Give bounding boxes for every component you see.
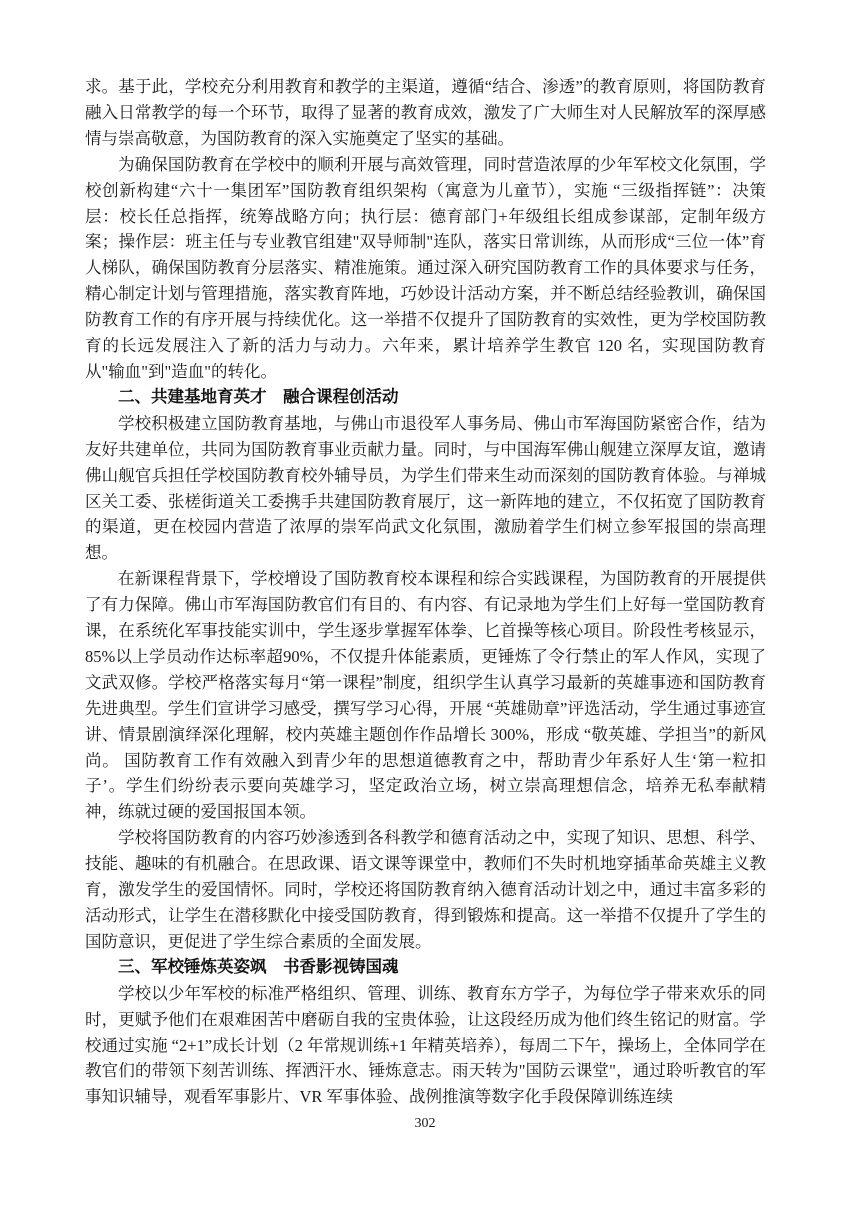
section-heading-3: 三、军校锤炼英姿飒 书香影视铸国魂 (85, 955, 766, 981)
paragraph-continuation: 求。基于此，学校充分利用教育和教学的主渠道，遵循“结合、渗透”的教育原则，将国防… (85, 74, 766, 152)
document-page: 求。基于此，学校充分利用教育和教学的主渠道，遵循“结合、渗透”的教育原则，将国防… (0, 0, 850, 1205)
document-body: 求。基于此，学校充分利用教育和教学的主渠道，遵循“结合、渗透”的教育原则，将国防… (85, 74, 766, 1110)
paragraph: 为确保国防教育在学校中的顺利开展与高效管理，同时营造浓厚的少年军校文化氛围，学校… (85, 152, 766, 385)
page-number: 302 (0, 1114, 850, 1134)
section-heading-2: 二、共建基地育英才 融合课程创活动 (85, 385, 766, 411)
paragraph: 学校积极建立国防教育基地，与佛山市退役军人事务局、佛山市军海国防紧密合作，结为友… (85, 411, 766, 566)
paragraph: 学校将国防教育的内容巧妙渗透到各科教学和德育活动之中，实现了知识、思想、科学、技… (85, 825, 766, 955)
paragraph: 学校以少年军校的标准严格组织、管理、训练、教育东方学子，为每位学子带来欢乐的同时… (85, 981, 766, 1111)
paragraph: 在新课程背景下，学校增设了国防教育校本课程和综合实践课程，为国防教育的开展提供了… (85, 566, 766, 825)
